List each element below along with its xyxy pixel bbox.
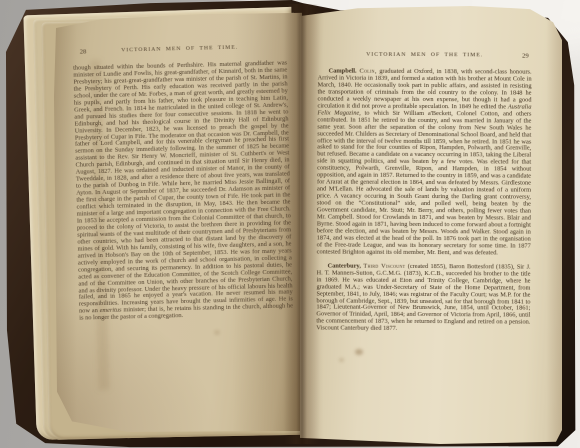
text-segment: to which Sir William a'Beckett, Colonel … <box>317 109 532 256</box>
book-photograph: 28 VICTORIAN MEN OF THE TIME. though sit… <box>0 0 580 448</box>
page-stain <box>339 358 344 362</box>
right-page-body: Campbell. Colin, graduated at Oxford, in… <box>316 68 531 333</box>
right-page-text: VICTORIAN MEN OF THE TIME. 29 Campbell. … <box>316 51 531 333</box>
paragraph: Canterbury, Third Viscount (created 1855… <box>316 263 530 334</box>
page-stain <box>355 349 363 355</box>
text-segment: graduated at Oxford, in 1838, with secon… <box>317 68 531 110</box>
left-page-number: 28 <box>80 48 87 55</box>
left-page-text: 28 VICTORIAN MEN OF THE TIME. though sit… <box>73 43 294 322</box>
text-segment: (created 1855), Baron Bottesford (1835),… <box>316 263 530 333</box>
text-segment: though situated within the bounds of Per… <box>73 59 293 315</box>
paragraph: though situated within the bounds of Per… <box>73 60 293 322</box>
paragraph: Campbell. Colin, graduated at Oxford, in… <box>317 68 532 257</box>
left-page-body: though situated within the bounds of Per… <box>73 60 293 322</box>
right-running-title: VICTORIAN MEN OF THE TIME. <box>366 52 483 59</box>
right-page-number: 29 <box>522 53 529 60</box>
page-stain <box>214 330 220 335</box>
right-running-head: VICTORIAN MEN OF THE TIME. 29 <box>318 51 532 61</box>
